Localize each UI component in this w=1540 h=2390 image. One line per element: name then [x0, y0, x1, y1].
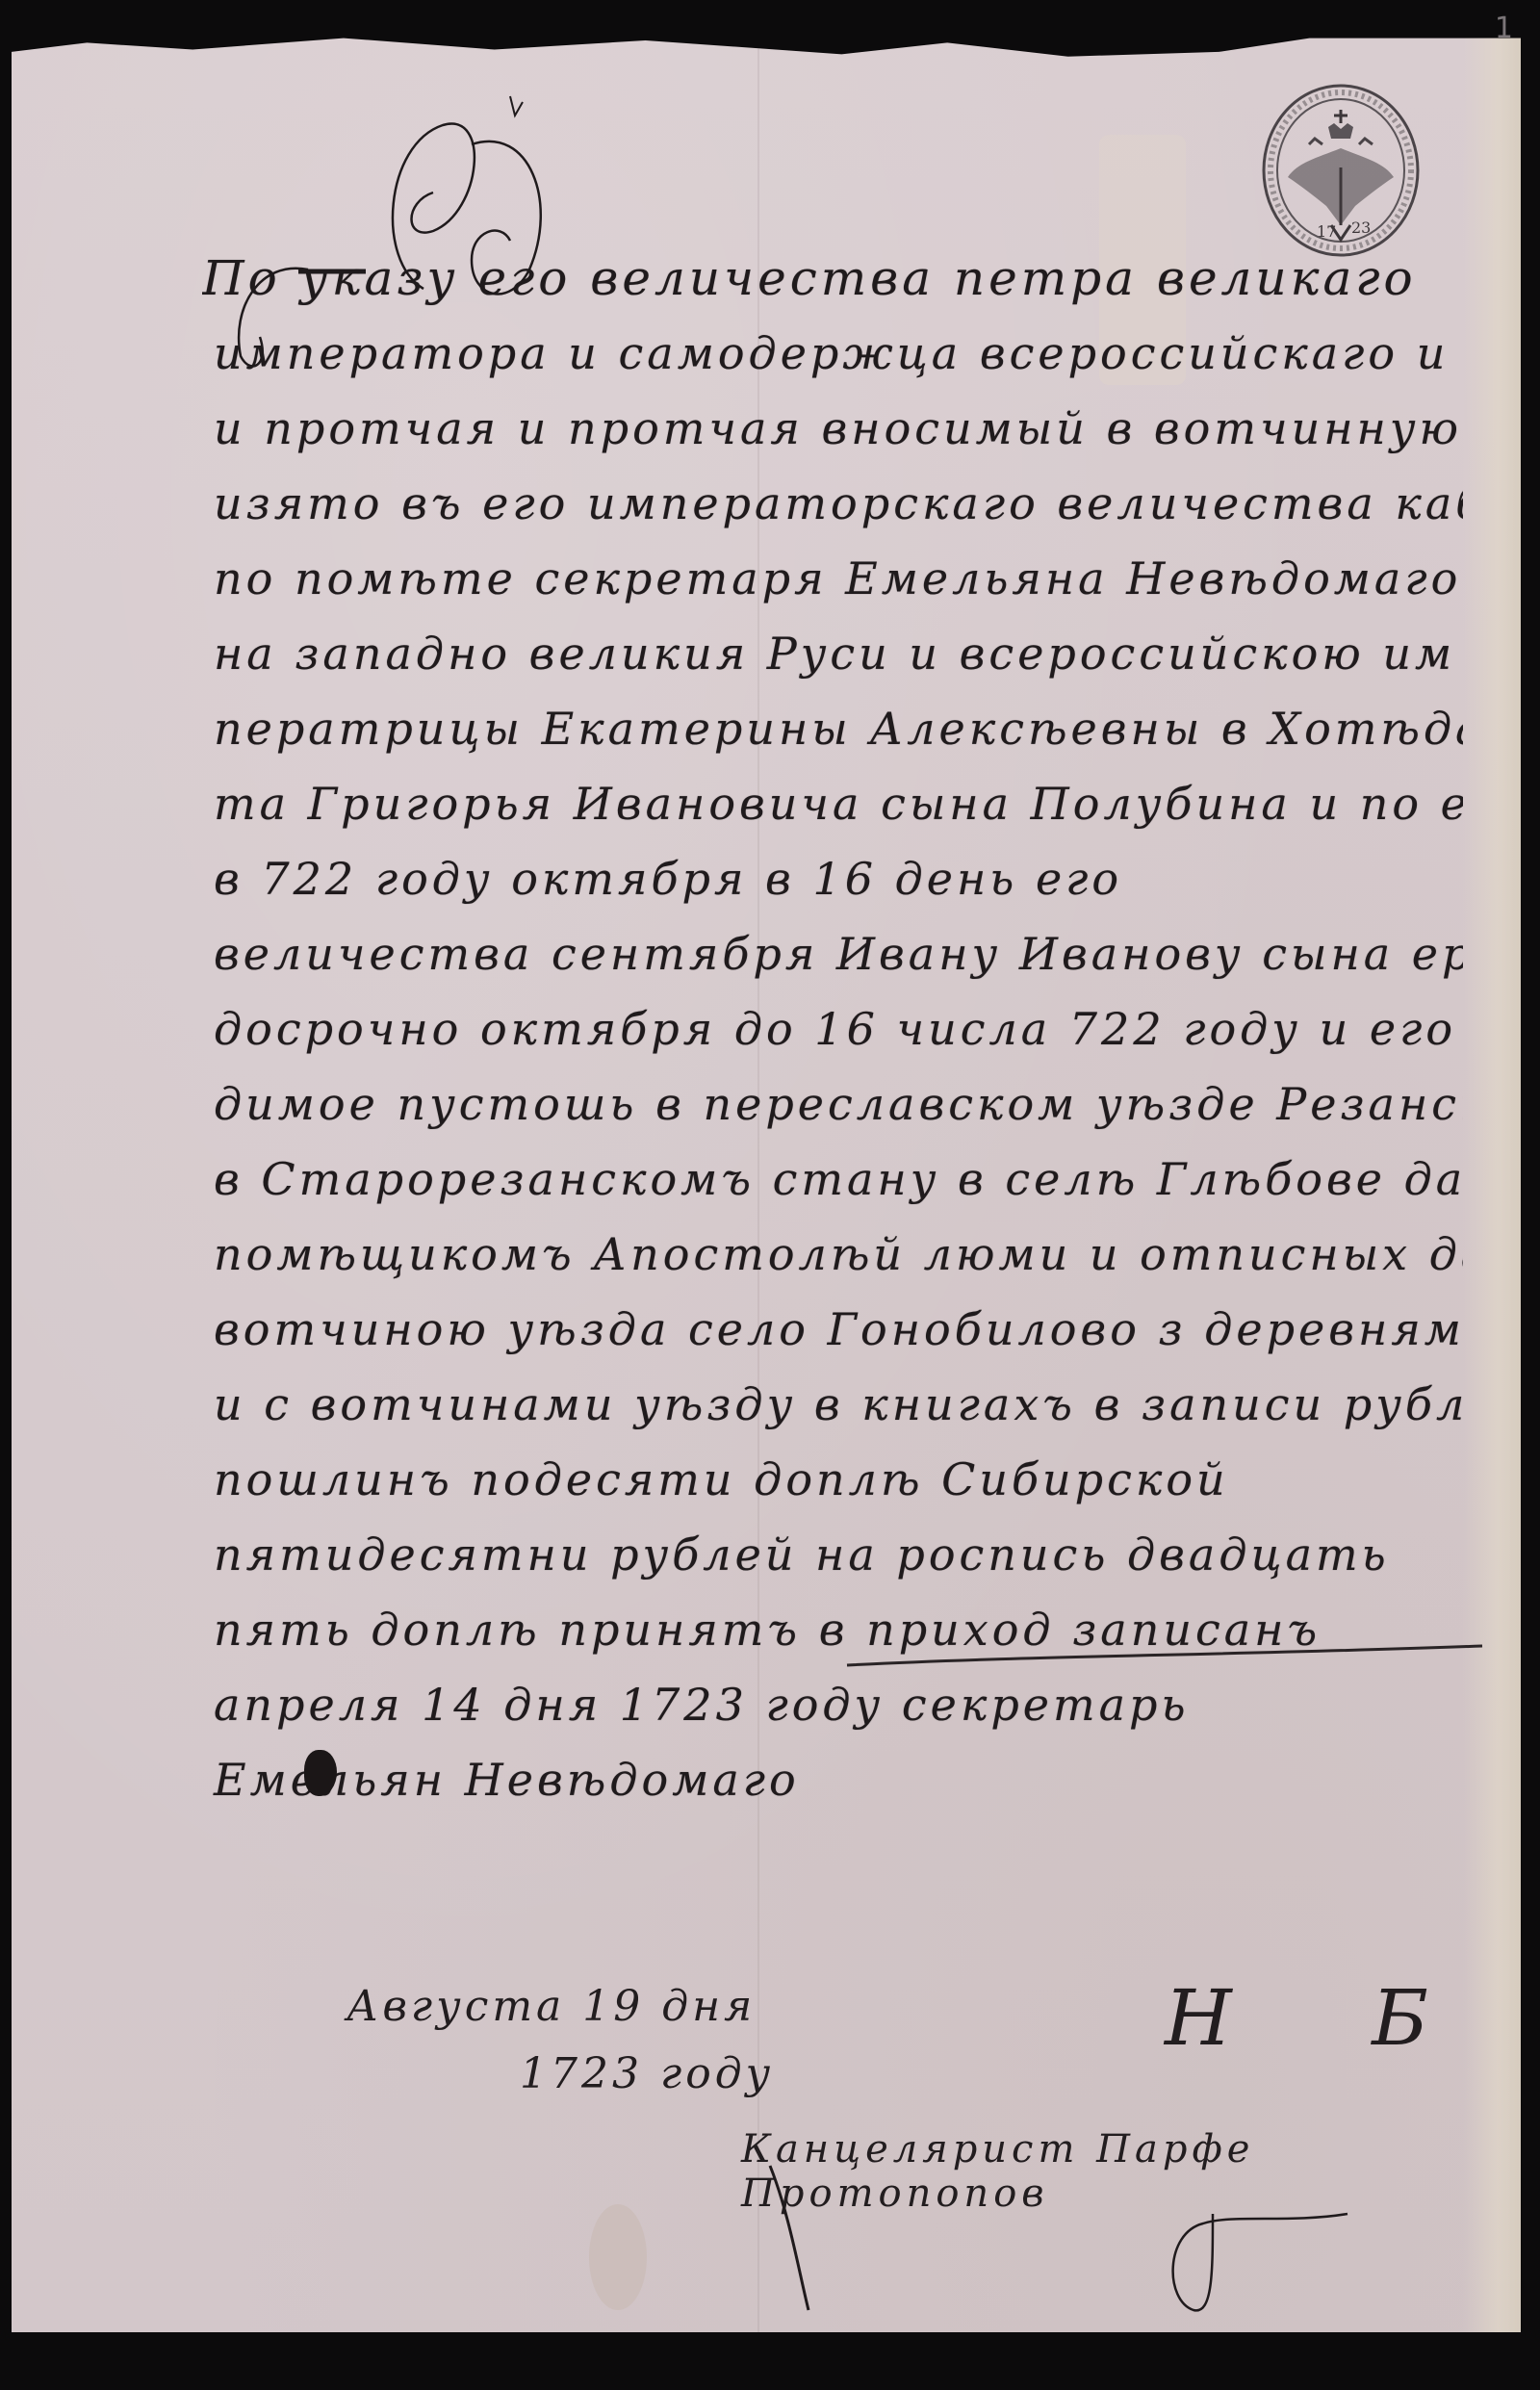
- clerk-signature: Канцелярист Парфе Протопопов: [741, 2127, 1540, 2216]
- text-line: димое пустошь в переславском уѣзде Резан…: [202, 1067, 1463, 1142]
- text-line: пятидесятни рублей на роспись двадцать: [202, 1517, 1463, 1592]
- text-line: величества сентября Ивану Иванову сына е…: [202, 916, 1463, 991]
- closing-date: Августа 19 дня 1723 году: [346, 1973, 774, 2108]
- text-line: и с вотчинами уѣзду в книгахъ в записи р…: [202, 1367, 1463, 1442]
- text-line: ператрицы Екатерины Алексѣевны в Хотѣда: [202, 691, 1463, 766]
- text-line: помѣщикомъ Апостолѣй люми и отписных да: [202, 1217, 1463, 1292]
- signature-initials: Н Б: [1165, 1973, 1486, 2063]
- seal-year-right: 23: [1351, 218, 1371, 237]
- text-line: императора и самодержца всероссийскаго и…: [202, 316, 1463, 391]
- closing-year-line: 1723 году: [346, 2041, 774, 2108]
- paper-stain: [589, 2204, 647, 2310]
- text-line: апреля 14 дня 1723 году секретарь: [202, 1667, 1463, 1742]
- text-line: на западно великия Руси и всероссийскою …: [202, 616, 1463, 691]
- text-line: пошлинъ подесяти доплѣ Сибирской: [202, 1442, 1463, 1517]
- text-line: По указу его величества петра великаго: [202, 241, 1463, 316]
- text-line: та Григорья Ивановича сына Полубина и по…: [202, 766, 1463, 841]
- text-line: пять доплѣ принятъ в приход записанъ: [202, 1592, 1463, 1667]
- text-line: и протчая и протчая вносимый в вотчинную…: [202, 391, 1463, 466]
- text-line: изято въ его императорскаго величества к…: [202, 466, 1463, 541]
- seal-year-left: 17: [1317, 222, 1336, 241]
- text-line: вотчиною уѣзда село Гонобилово з деревня…: [202, 1292, 1463, 1367]
- eagle-seal-stamp: 17 23: [1259, 81, 1423, 260]
- closing-date-line: Августа 19 дня: [346, 1973, 774, 2041]
- text-line: досрочно октября до 16 числа 722 году и …: [202, 991, 1463, 1067]
- decree-text: По указу его величества петра великаго и…: [202, 241, 1463, 1817]
- folio-number: 1: [1495, 12, 1513, 45]
- text-line: в 722 году октября в 16 день его: [202, 841, 1463, 916]
- text-line: в Старорезанскомъ стану в селѣ Глѣбове д…: [202, 1142, 1463, 1217]
- text-line: по помѣте секретаря Емельяна Невѣдомаго: [202, 541, 1463, 616]
- text-line: Емельян Невѣдомаго: [202, 1742, 1463, 1817]
